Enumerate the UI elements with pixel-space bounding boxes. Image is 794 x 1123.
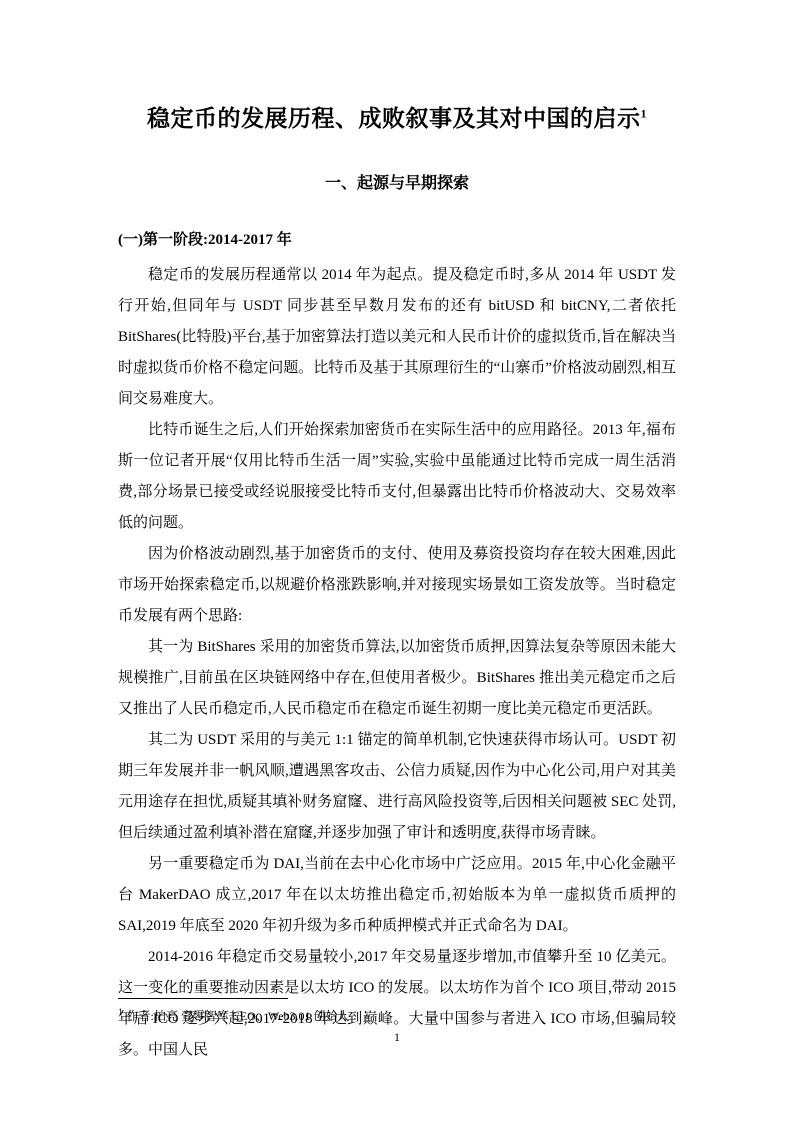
section-heading: 一、起源与早期探索 (118, 173, 676, 195)
page-content: 稳定币的发展历程、成败叙事及其对中国的启示1 一、起源与早期探索 (一)第一阶段… (0, 103, 794, 1066)
footnote: 1作者:柏亮 壹零智库 CEO、Web3.01 创始人 (118, 1006, 676, 1026)
body-text: 稳定币的发展历程通常以 2014 年为起点。提及稳定币时,多从 2014 年 U… (118, 260, 676, 1066)
footnote-reference: 1 (118, 1007, 123, 1017)
paragraph: 其一为 BitShares 采用的加密货币算法,以加密货币质押,因算法复杂等原因… (118, 632, 676, 725)
footnote-text: 作者:柏亮 壹零智库 CEO、Web3.01 创始人 (127, 1009, 350, 1023)
footnote-separator (118, 998, 288, 999)
page-number: 1 (0, 1029, 794, 1045)
paragraph: 其二为 USDT 采用的与美元 1:1 锚定的简单机制,它快速获得市场认可。US… (118, 725, 676, 849)
paragraph: 因为价格波动剧烈,基于加密货币的支付、使用及募资投资均存在较大困难,因此市场开始… (118, 539, 676, 632)
paragraph: 另一重要稳定币为 DAI,当前在去中心化市场中广泛应用。2015 年,中心化金融… (118, 849, 676, 942)
title-footnote-reference: 1 (641, 106, 648, 120)
document-title-text: 稳定币的发展历程、成败叙事及其对中国的启示 (147, 106, 641, 131)
document-title: 稳定币的发展历程、成败叙事及其对中国的启示1 (118, 103, 676, 135)
paragraph: 比特币诞生之后,人们开始探索加密货币在实际生活中的应用路径。2013 年,福布斯… (118, 415, 676, 539)
document-page: 稳定币的发展历程、成败叙事及其对中国的启示1 一、起源与早期探索 (一)第一阶段… (0, 0, 794, 1123)
subsection-heading: (一)第一阶段:2014-2017 年 (118, 229, 676, 251)
paragraph: 2014-2016 年稳定币交易量较小,2017 年交易量逐步增加,市值攀升至 … (118, 942, 676, 1066)
paragraph: 稳定币的发展历程通常以 2014 年为起点。提及稳定币时,多从 2014 年 U… (118, 260, 676, 415)
